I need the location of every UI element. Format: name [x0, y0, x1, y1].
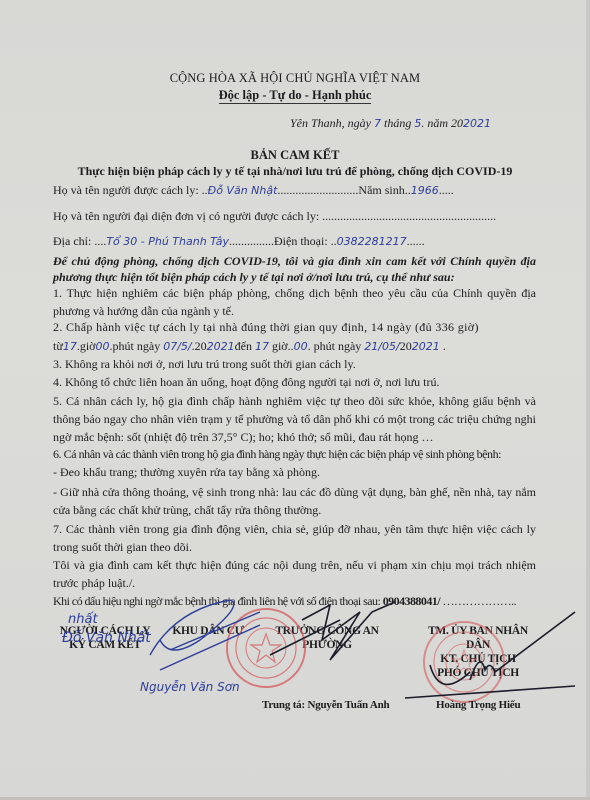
signatures-and-stamps: [0, 0, 590, 800]
police-signature-icon: [270, 602, 395, 660]
police-chief-name: Trung tá: Nguyễn Tuấn Anh: [262, 699, 389, 711]
quarantined-signature-name: Đỗ Văn Nhất: [62, 630, 151, 646]
committee-vice-chair-name: Hoàng Trọng Hiếu: [436, 699, 520, 711]
residential-signature-icon: [150, 600, 260, 670]
residential-signature-name: Nguyễn Văn Sơn: [140, 680, 240, 694]
committee-stamp-icon: [424, 622, 504, 702]
quarantined-signature-word: nhất: [68, 612, 98, 627]
paper-edge: [586, 0, 590, 800]
document-page: CỘNG HÒA XÃ HỘI CHỦ NGHĨA VIỆT NAM Độc l…: [0, 0, 590, 800]
